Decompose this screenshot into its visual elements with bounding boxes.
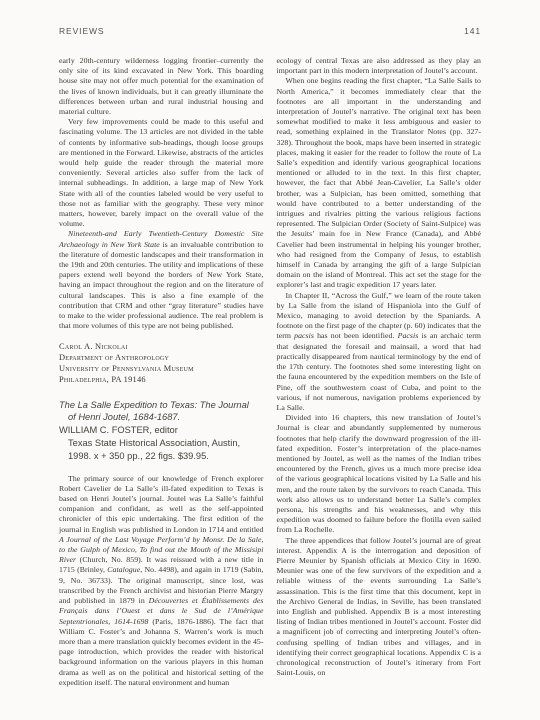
citation-line: 1998. x + 350 pp., 22 figs. $39.95. [59, 450, 264, 463]
book-citation: The La Salle Expedition to Texas: The Jo… [59, 399, 264, 463]
paragraph: Divided into 16 chapters, this new trans… [277, 413, 482, 535]
paragraph: early 20th-century wilderness logging fr… [59, 56, 264, 117]
paragraph: When one begins reading the first chapte… [277, 76, 482, 290]
citation-line: Texas State Historical Association, Aust… [59, 437, 264, 450]
paragraph: Very few improvements could be made to t… [59, 117, 264, 229]
paragraph: The primary source of our knowledge of F… [59, 474, 264, 688]
paragraph: The three appendices that follow Joutel’… [277, 536, 482, 679]
signature-line: University of Pennsylvania Museum [59, 364, 264, 375]
citation-line: WILLIAM C. FOSTER, editor [59, 424, 264, 437]
page-number: 141 [464, 26, 481, 36]
left-column: early 20th-century wilderness logging fr… [59, 56, 264, 688]
paragraph: ecology of central Texas are also addres… [277, 56, 482, 76]
signature-line: Philadelphia, PA 19146 [59, 375, 264, 386]
journal-review-page: REVIEWS 141 early 20th-century wildernes… [0, 0, 540, 720]
text-columns: early 20th-century wilderness logging fr… [59, 56, 481, 688]
citation-line: The La Salle Expedition to Texas: The Jo… [59, 399, 264, 412]
paragraph: Nineteenth-and Early Twentieth-Century D… [59, 229, 264, 331]
running-head: REVIEWS [59, 26, 105, 36]
signature-line: Department of Anthropology [59, 353, 264, 364]
citation-line: of Henri Joutel, 1684-1687. [59, 411, 264, 424]
reviewer-signature: Carol A. NickolaiDepartment of Anthropol… [59, 342, 264, 385]
page-header: REVIEWS 141 [59, 26, 481, 36]
right-column: ecology of central Texas are also addres… [277, 56, 482, 688]
signature-line: Carol A. Nickolai [59, 342, 264, 353]
paragraph: In Chapter II, “Across the Gulf,” we lea… [277, 291, 482, 413]
